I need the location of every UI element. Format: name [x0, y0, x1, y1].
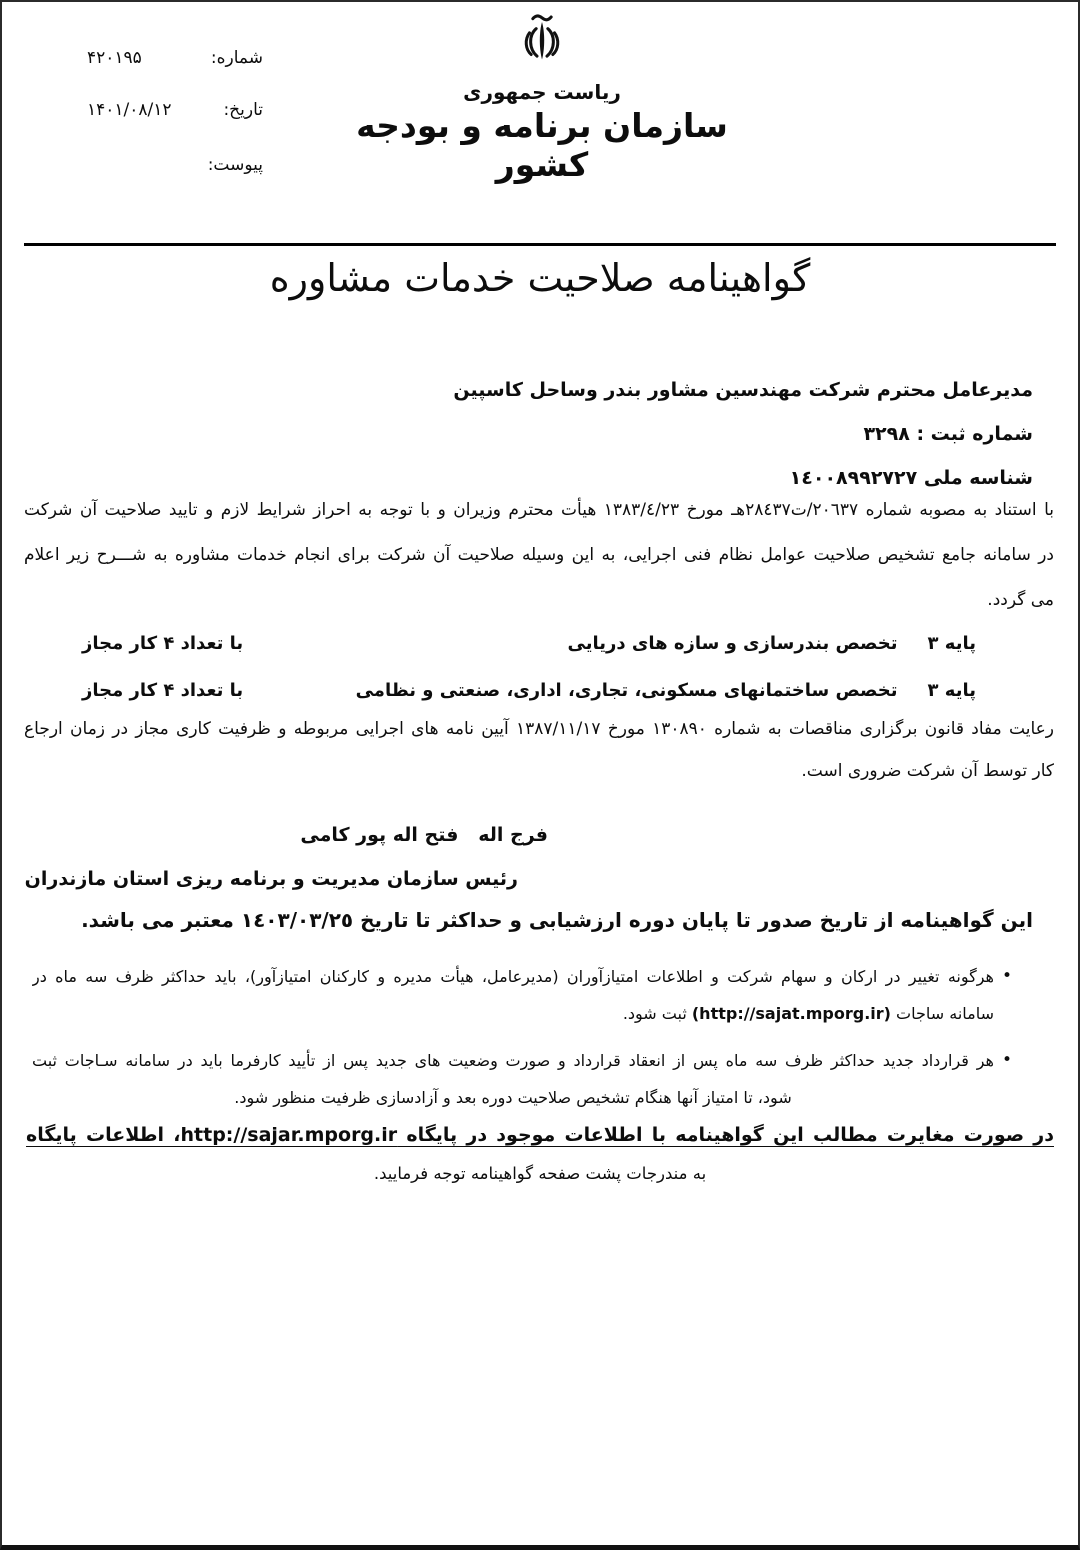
- qualification-grade: پایه ۳: [928, 633, 976, 654]
- tender-law-note: رعایت مفاد قانون برگزاری مناقصات به شمار…: [24, 708, 1054, 792]
- note-1-line-1: هرگونه تغییر در ارکان و سهام شرکت و اطلا…: [32, 958, 994, 995]
- note-1-line-2: سامانه ساجات (http://sajat.mporg.ir) ثبت…: [32, 995, 994, 1032]
- signer-name: فرج اله فتح اله پور کامی: [300, 824, 548, 846]
- header-divider-rule: [24, 243, 1056, 246]
- letter-attachment-row: پیوست:: [87, 155, 263, 177]
- authenticity-disclaimer: در صورت مغایرت مطالب این گواهینامه با اط…: [26, 1118, 1054, 1156]
- letter-number-label: شماره:: [211, 48, 263, 68]
- bullet-dot-icon: •: [994, 1042, 1020, 1116]
- back-page-note: به مندرجات پشت صفحه گواهینامه توجه فرمای…: [2, 1164, 1078, 1183]
- certificate-page: شماره: ۴۲۰۱۹۵ تاریخ: ۱۴۰۱/۰۸/۱۲ پیوست:: [0, 0, 1080, 1550]
- notes-list: • هرگونه تغییر در ارکان و سهام شرکت و اط…: [32, 958, 1020, 1116]
- signer-title: رئیس سازمان مدیریت و برنامه ریزی استان م…: [25, 868, 518, 890]
- disclaimer-pre: در صورت مغایرت مطالب این گواهینامه با اط…: [397, 1124, 1054, 1146]
- letter-date-value: ۱۴۰۱/۰۸/۱۲: [87, 100, 172, 120]
- recipient-company-line: مدیرعامل محترم شرکت مهندسین مشاور بندر و…: [453, 368, 1033, 412]
- note-text: هر قرارداد جدید حداکثر ظرف سه ماه پس از …: [32, 1042, 994, 1116]
- tender-law-line-2: کار توسط آن شرکت ضروری است.: [24, 750, 1054, 792]
- note-1-line-2-post: ثبت شود.: [623, 1004, 692, 1023]
- note-2-line-2: شود، تا امتیاز آنها هنگام تشخیص صلاحیت د…: [32, 1079, 994, 1116]
- qualification-capacity: با تعداد ۴ کار مجاز: [82, 633, 243, 654]
- qualification-capacity: با تعداد ۴ کار مجاز: [82, 680, 243, 701]
- qualification-specialty: تخصص ساختمانهای مسکونی، تجاری، اداری، صن…: [356, 680, 898, 701]
- letter-date-label: تاریخ:: [223, 100, 263, 120]
- intro-line-2: در سامانه جامع تشخیص صلاحیت عوامل نظام ف…: [24, 533, 1054, 578]
- letter-attachment-label: پیوست:: [208, 155, 263, 175]
- letter-date-row: تاریخ: ۱۴۰۱/۰۸/۱۲: [87, 100, 263, 122]
- recipient-block: مدیرعامل محترم شرکت مهندسین مشاور بندر و…: [453, 368, 1033, 500]
- intro-line-1: با استناد به مصوبه شماره ٢٠٦٣٧/ت٢٨٤٣٧هـ …: [24, 488, 1054, 533]
- note-item: • هر قرارداد جدید حداکثر ظرف سه ماه پس ا…: [32, 1042, 1020, 1116]
- sajar-url-text: http://sajar.mporg.ir: [181, 1124, 398, 1146]
- iran-emblem-icon: [515, 12, 569, 76]
- letter-header-fields: شماره: ۴۲۰۱۹۵ تاریخ: ۱۴۰۱/۰۸/۱۲ پیوست:: [87, 48, 263, 177]
- intro-paragraph: با استناد به مصوبه شماره ٢٠٦٣٧/ت٢٨٤٣٧هـ …: [24, 488, 1054, 623]
- note-1-line-2-pre: سامانه ساجات: [891, 1004, 994, 1023]
- intro-line-3: می گردد.: [24, 578, 1054, 623]
- validity-statement: این گواهینامه از تاریخ صدور تا پایان دور…: [47, 908, 1033, 932]
- sajat-url-text: (http://sajat.mporg.ir): [692, 1004, 891, 1023]
- bullet-dot-icon: •: [994, 958, 1020, 1032]
- qualification-grade: پایه ۳: [928, 680, 976, 701]
- org-name-line: سازمان برنامه و بودجه کشور: [322, 106, 762, 184]
- tender-law-line-1: رعایت مفاد قانون برگزاری مناقصات به شمار…: [24, 708, 1054, 750]
- qualification-specialty: تخصص بندرسازی و سازه های دریایی: [568, 633, 898, 654]
- note-text: هرگونه تغییر در ارکان و سهام شرکت و اطلا…: [32, 958, 994, 1032]
- letter-number-value: ۴۲۰۱۹۵: [87, 48, 142, 68]
- letter-number-row: شماره: ۴۲۰۱۹۵: [87, 48, 263, 70]
- registration-number-line: شماره ثبت : ۳۲۹۸: [453, 412, 1033, 456]
- qualification-row: پایه ۳ تخصص ساختمانهای مسکونی، تجاری، اد…: [24, 667, 1054, 714]
- qualification-table: پایه ۳ تخصص بندرسازی و سازه های دریایی ب…: [24, 620, 1054, 714]
- qualification-row: پایه ۳ تخصص بندرسازی و سازه های دریایی ب…: [24, 620, 1054, 667]
- note-2-line-1: هر قرارداد جدید حداکثر ظرف سه ماه پس از …: [32, 1042, 994, 1079]
- org-logo: ریاست جمهوری سازمان برنامه و بودجه کشور: [322, 12, 762, 184]
- org-presidency-line: ریاست جمهوری: [322, 80, 762, 104]
- note-item: • هرگونه تغییر در ارکان و سهام شرکت و اط…: [32, 958, 1020, 1032]
- certificate-title: گواهینامه صلاحیت خدمات مشاوره: [2, 256, 1078, 300]
